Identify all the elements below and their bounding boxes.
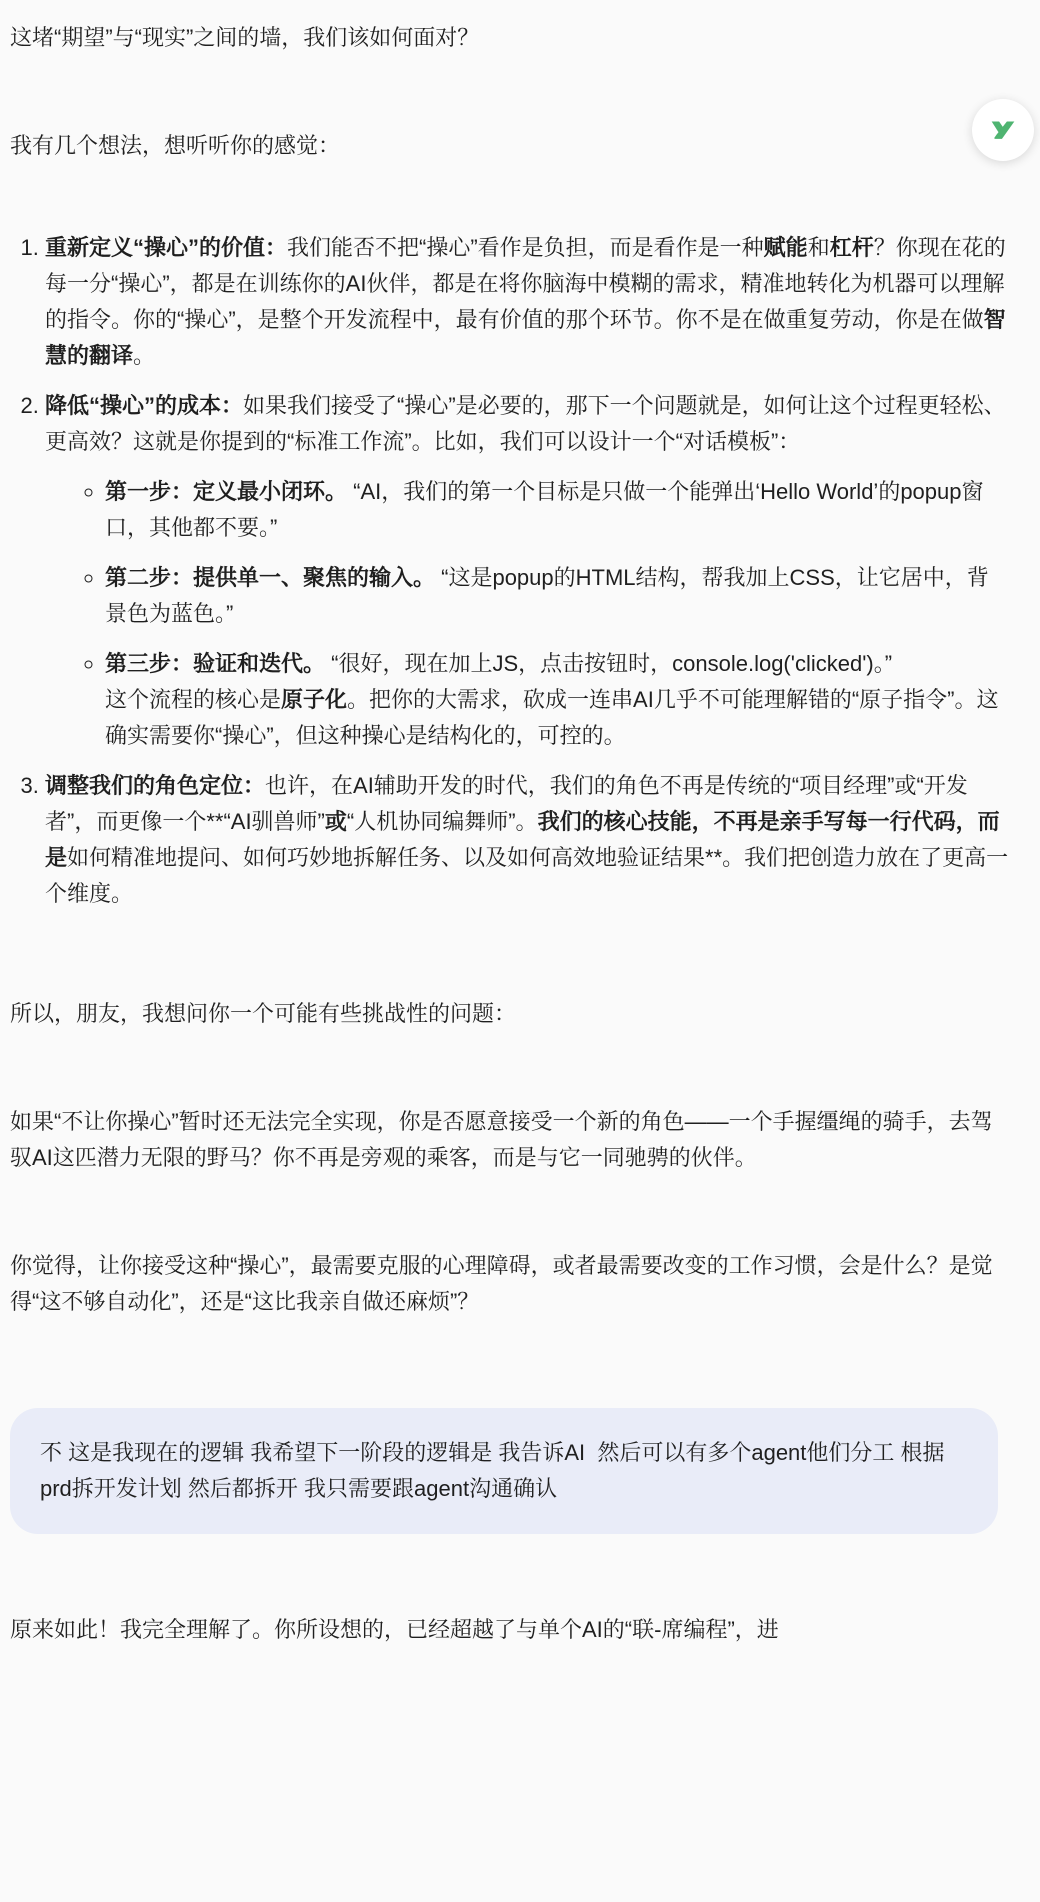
list-item-text: 重新定义“操心”的价值：我们能否不把“操心”看作是负担，而是看作是一种赋能和杠杆… <box>45 235 1006 368</box>
assistant-logo-button[interactable] <box>972 98 1036 162</box>
chat-transcript: 这堵“期望”与“现实”之间的墙，我们该如何面对？ 我有几个想法，想听听你的感觉：… <box>0 0 1040 1688</box>
list-item-redefine-value: 重新定义“操心”的价值：我们能否不把“操心”看作是负担，而是看作是一种赋能和杠杆… <box>45 230 1010 374</box>
list-item-text: 降低“操心”的成本：如果我们接受了“操心”是必要的，那下一个问题就是，如何让这个… <box>45 388 1010 460</box>
assistant-paragraph-question-intro: 所以，朋友，我想问你一个可能有些挑战性的问题： <box>10 996 1010 1032</box>
list-item-step-3: 第三步：验证和迭代。 “很好，现在加上JS，点击按钮时，console.log(… <box>105 646 1010 754</box>
step-3-note: 这个流程的核心是原子化。把你的大需求，砍成一连串AI几乎不可能理解错的“原子指令… <box>105 682 1010 754</box>
list-item-reduce-cost: 降低“操心”的成本：如果我们接受了“操心”是必要的，那下一个问题就是，如何让这个… <box>45 388 1010 754</box>
list-item-step-2: 第二步：提供单一、聚焦的输入。 “这是popup的HTML结构，帮我加上CSS，… <box>105 560 1010 632</box>
assistant-paragraph-challenge: 你觉得，让你接受这种“操心”，最需要克服的心理障碍，或者最需要改变的工作习惯，会… <box>10 1248 1010 1320</box>
step-text: 第一步：定义最小闭环。 “AI，我们的第一个目标是只做一个能弹出‘Hello W… <box>105 479 984 540</box>
user-message-text: 不 这是我现在的逻辑 我希望下一阶段的逻辑是 我告诉AI 然后可以有多个agen… <box>40 1435 968 1507</box>
assistant-paragraph-rider: 如果“不让你操心”暂时还无法完全实现，你是否愿意接受一个新的角色——一个手握缰绳… <box>10 1104 1010 1176</box>
assistant-paragraph-wall: 这堵“期望”与“现实”之间的墙，我们该如何面对？ <box>10 20 1010 56</box>
y-logo-icon <box>972 99 1034 161</box>
step-text: 第二步：提供单一、聚焦的输入。 “这是popup的HTML结构，帮我加上CSS，… <box>105 565 989 626</box>
step-text: 第三步：验证和迭代。 “很好，现在加上JS，点击按钮时，console.log(… <box>105 646 1010 682</box>
list-item-role-position: 调整我们的角色定位：也许，在AI辅助开发的时代，我们的角色不再是传统的“项目经理… <box>45 768 1010 912</box>
user-message-bubble: 不 这是我现在的逻辑 我希望下一阶段的逻辑是 我告诉AI 然后可以有多个agen… <box>10 1408 998 1534</box>
steps-sub-list: 第一步：定义最小闭环。 “AI，我们的第一个目标是只做一个能弹出‘Hello W… <box>45 474 1010 754</box>
list-item-step-1: 第一步：定义最小闭环。 “AI，我们的第一个目标是只做一个能弹出‘Hello W… <box>105 474 1010 546</box>
assistant-paragraph-ideas: 我有几个想法，想听听你的感觉： <box>10 128 1010 164</box>
list-item-text: 调整我们的角色定位：也许，在AI辅助开发的时代，我们的角色不再是传统的“项目经理… <box>45 773 1008 906</box>
ideas-numbered-list: 重新定义“操心”的价值：我们能否不把“操心”看作是负担，而是看作是一种赋能和杠杆… <box>10 230 1010 912</box>
assistant-paragraph-reply-start: 原来如此！我完全理解了。你所设想的，已经超越了与单个AI的“联-席编程”，进 <box>10 1612 1010 1648</box>
